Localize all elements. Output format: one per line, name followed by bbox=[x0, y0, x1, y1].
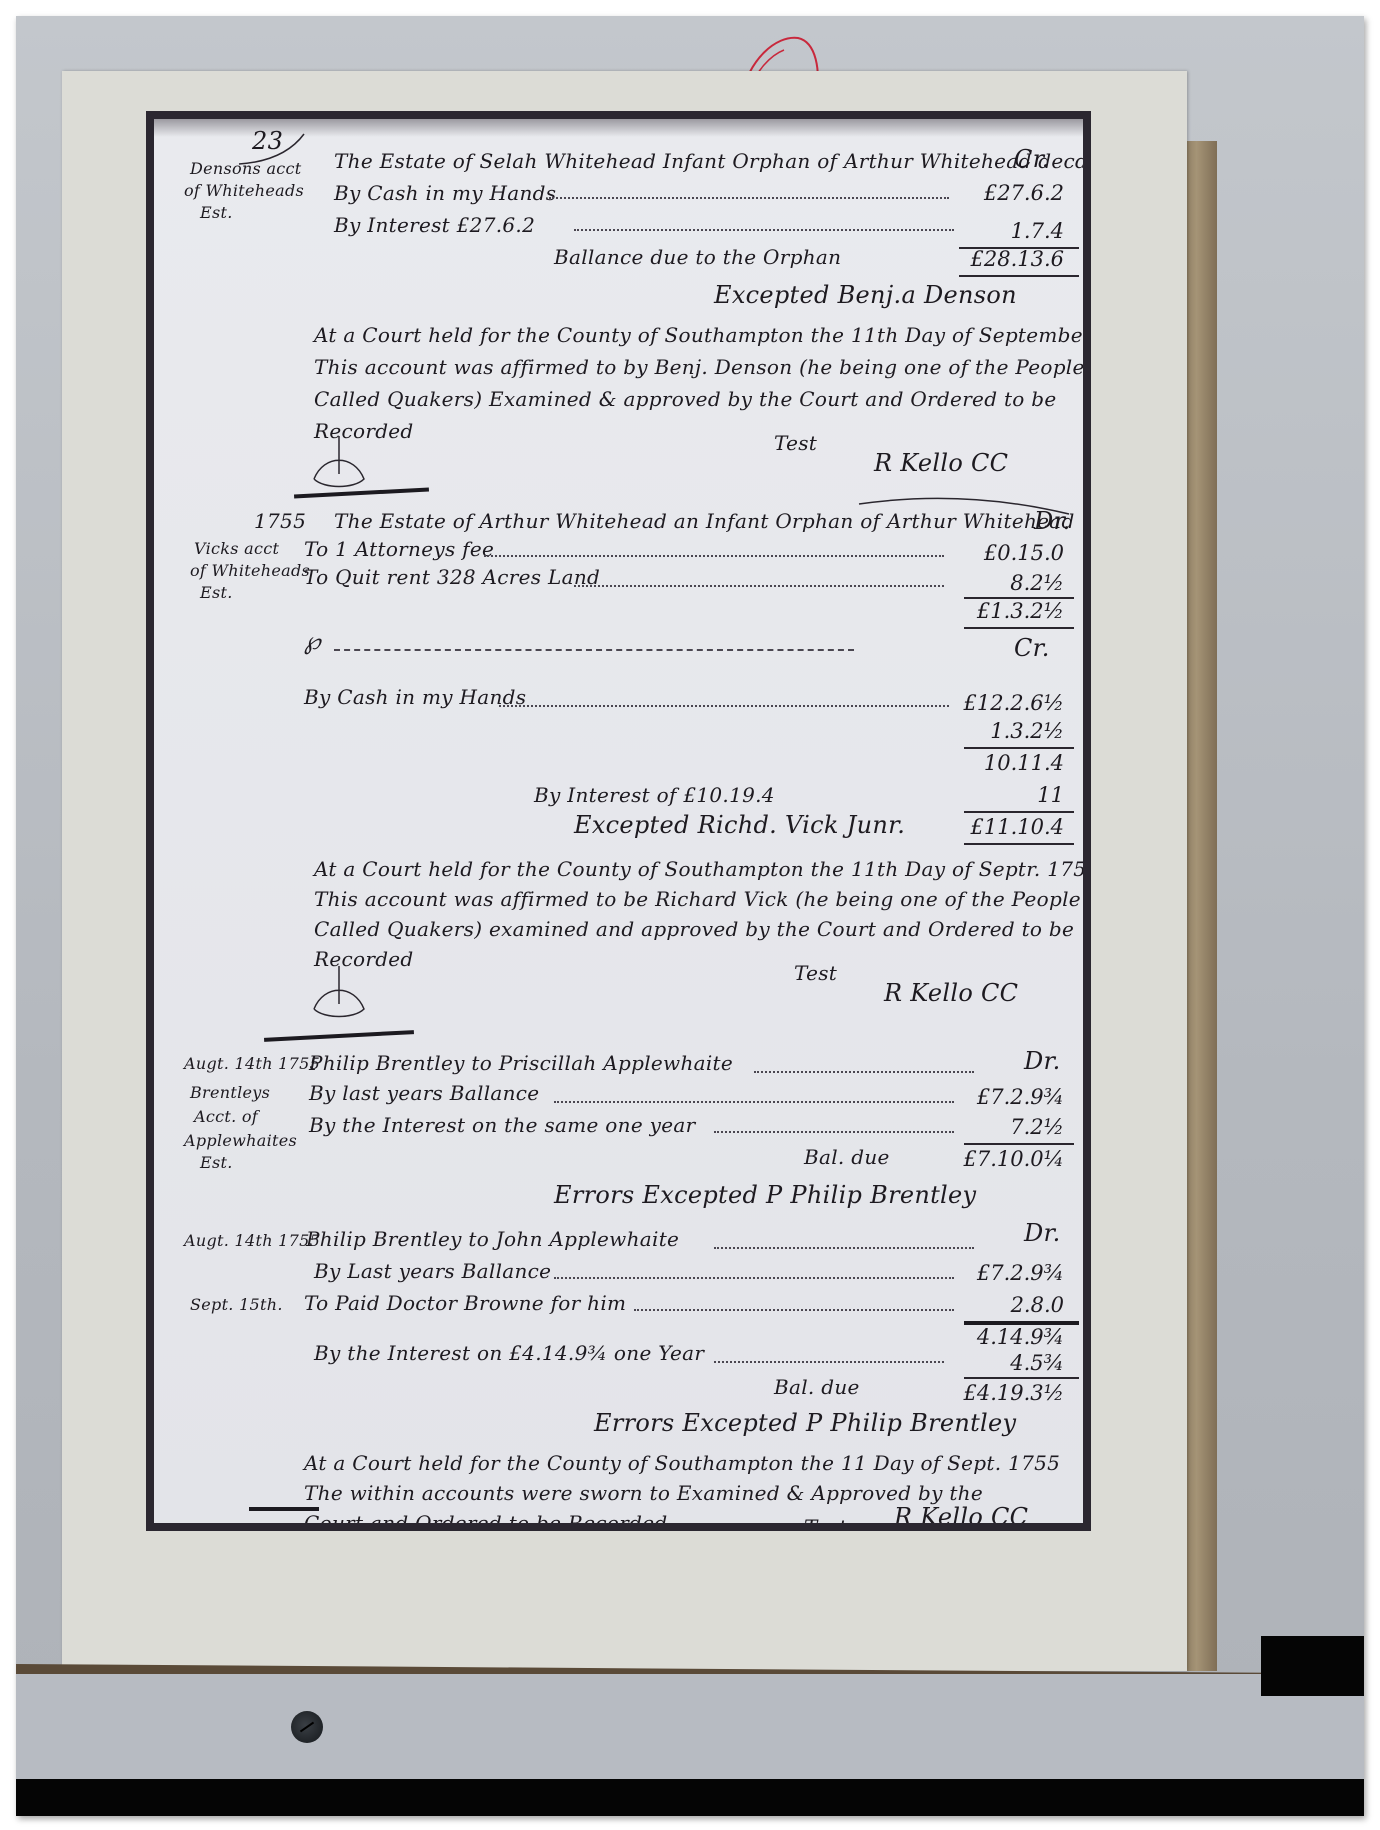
entry-heading: The Estate of Selah Whitehead Infant Orp… bbox=[334, 149, 1083, 173]
shelf bbox=[16, 1674, 1364, 1786]
court-text: This account was affirmed to be Richard … bbox=[314, 887, 1081, 911]
leader-dots bbox=[499, 705, 949, 707]
line-item-amount: £7.2.9¾ bbox=[944, 1261, 1064, 1285]
entry-date: Augt. 14th 1755 bbox=[184, 1231, 320, 1250]
entry-separator bbox=[249, 1507, 319, 1511]
screw-icon bbox=[291, 1711, 323, 1743]
line-item-amount: 8.2½ bbox=[944, 571, 1064, 595]
debit-side-label: Dr. bbox=[1024, 1047, 1061, 1075]
recorded-flourish bbox=[304, 964, 374, 1024]
margin-note: Est. bbox=[200, 203, 233, 222]
line-item-amount: £27.6.2 bbox=[944, 181, 1064, 205]
leader-dots bbox=[554, 1101, 954, 1103]
court-text: Called Quakers) Examined & approved by t… bbox=[314, 387, 1057, 411]
sum-rule bbox=[964, 747, 1074, 749]
leader-dots bbox=[714, 1247, 974, 1249]
leader-dots bbox=[754, 1071, 974, 1073]
test-label: Test bbox=[774, 431, 817, 455]
sum-rule bbox=[964, 1377, 1079, 1379]
line-item-amount: 2.8.0 bbox=[944, 1293, 1064, 1317]
recorded-flourish bbox=[304, 434, 374, 494]
line-item-amount: £7.2.9¾ bbox=[944, 1085, 1064, 1109]
book-spine-edge bbox=[1183, 141, 1217, 1671]
line-item-text: By Cash in my Hands bbox=[304, 685, 526, 709]
entry-heading: Philip Brentley to John Applewhaite bbox=[306, 1227, 679, 1251]
per-contra-mark: ℘ bbox=[304, 627, 321, 655]
leader-dots bbox=[714, 1361, 944, 1363]
balance-amount: £4.19.3½ bbox=[944, 1381, 1064, 1405]
line-item-text: By Interest £27.6.2 bbox=[334, 213, 535, 237]
entry-heading: The Estate of Arthur Whitehead an Infant… bbox=[334, 509, 1075, 533]
debit-side-label: Dr. bbox=[1024, 1219, 1061, 1247]
leader-dashes bbox=[334, 649, 854, 651]
margin-note: Densons acct bbox=[190, 159, 302, 178]
photograph: 23 Densons acct of Whiteheads Est. The E… bbox=[16, 16, 1364, 1816]
balance-amount: £28.13.6 bbox=[944, 247, 1064, 271]
leader-dots bbox=[714, 1131, 954, 1133]
court-text: The within accounts were sworn to Examin… bbox=[304, 1481, 983, 1505]
margin-note: Vicks acct bbox=[194, 539, 279, 558]
line-item-amount: £0.15.0 bbox=[944, 541, 1064, 565]
line-item-amount: 7.2½ bbox=[944, 1115, 1064, 1139]
leader-dots bbox=[484, 555, 944, 557]
ledger-photocopy: 23 Densons acct of Whiteheads Est. The E… bbox=[146, 111, 1091, 1531]
court-text: Called Quakers) examined and approved by… bbox=[314, 917, 1074, 941]
entry-separator bbox=[264, 1030, 414, 1042]
court-text: At a Court held for the County of Southa… bbox=[304, 1451, 1060, 1475]
sum-rule bbox=[964, 811, 1074, 813]
credit-side-label: Cr. bbox=[1014, 634, 1050, 662]
sum-rule bbox=[964, 1143, 1074, 1145]
entry-date: Augt. 14th 1755 bbox=[184, 1054, 320, 1073]
margin-note: Est. bbox=[200, 1153, 233, 1172]
clerk-signature: R Kello CC bbox=[894, 1503, 1028, 1523]
balance-label: Bal. due bbox=[804, 1145, 890, 1169]
court-text: At a Court held for the County of Southa… bbox=[314, 323, 1083, 347]
margin-note: of Whiteheads bbox=[190, 561, 310, 580]
ledger-page: 23 Densons acct of Whiteheads Est. The E… bbox=[154, 119, 1083, 1523]
shelf-shadow bbox=[16, 1779, 1364, 1816]
line-item-text: To 1 Attorneys fee bbox=[304, 537, 494, 561]
sum-rule bbox=[964, 627, 1074, 629]
clerk-signature: R Kello CC bbox=[884, 979, 1018, 1007]
balance-amount: £7.10.0¼ bbox=[944, 1147, 1064, 1171]
balance-label: Bal. due bbox=[774, 1375, 860, 1399]
line-item-amount: 11 bbox=[944, 783, 1064, 807]
line-item-text: To Quit rent 328 Acres Land bbox=[304, 565, 600, 589]
signature-line: Errors Excepted P Philip Brentley bbox=[594, 1409, 1016, 1437]
line-item-text: By the Interest on £4.14.9¾ one Year bbox=[314, 1341, 704, 1365]
signature-line: Excepted Benj.a Denson bbox=[714, 281, 1017, 309]
signature-line: Errors Excepted P Philip Brentley bbox=[554, 1181, 976, 1209]
line-item-text: By Interest of £10.19.4 bbox=[534, 783, 775, 807]
test-label: Test bbox=[794, 961, 837, 985]
leader-dots bbox=[554, 1277, 954, 1279]
test-label: Test bbox=[804, 1515, 847, 1523]
line-item-amount: 1.3.2½ bbox=[944, 719, 1064, 743]
line-item-text: To Paid Doctor Browne for him bbox=[304, 1291, 626, 1315]
signature-line: Excepted Richd. Vick Junr. bbox=[574, 811, 905, 839]
leader-dots bbox=[549, 197, 949, 199]
line-item-text: Ballance due to the Orphan bbox=[554, 245, 841, 269]
sum-rule bbox=[964, 843, 1074, 845]
line-item-amount: 10.11.4 bbox=[944, 751, 1064, 775]
court-text: Court and Ordered to be Recorded bbox=[304, 1511, 667, 1523]
debit-total: £1.3.2½ bbox=[944, 599, 1064, 623]
leader-dots bbox=[574, 229, 954, 231]
line-item-amount: 4.14.9¾ bbox=[944, 1325, 1064, 1349]
line-item-amount: 4.5¾ bbox=[944, 1351, 1064, 1375]
sum-rule bbox=[959, 275, 1079, 277]
line-item-amount: £12.2.6½ bbox=[944, 691, 1064, 715]
credit-side-label: Cr. bbox=[1014, 145, 1050, 173]
line-item-amount: 1.7.4 bbox=[944, 219, 1064, 243]
margin-note: of Whiteheads bbox=[184, 181, 304, 200]
court-text: At a Court held for the County of Southa… bbox=[314, 857, 1083, 881]
margin-note: Acct. of bbox=[194, 1107, 258, 1126]
leader-dots bbox=[634, 1309, 954, 1311]
leader-dots bbox=[574, 585, 944, 587]
shelf-corner bbox=[1261, 1636, 1364, 1696]
court-text: This account was affirmed to by Benj. De… bbox=[314, 355, 1083, 379]
line-item-text: By last years Ballance bbox=[309, 1081, 539, 1105]
line-date: Sept. 15th. bbox=[190, 1295, 283, 1314]
line-item-text: By Last years Ballance bbox=[314, 1259, 551, 1283]
line-item-text: By Cash in my Hands bbox=[334, 181, 556, 205]
line-item-text: By the Interest on the same one year bbox=[309, 1113, 695, 1137]
debit-side-label: Dr. bbox=[1034, 507, 1071, 535]
balance-amount: £11.10.4 bbox=[944, 815, 1064, 839]
margin-note: Applewhaites bbox=[184, 1131, 297, 1150]
entry-year: 1755 bbox=[254, 509, 306, 533]
entry-heading: Philip Brentley to Priscillah Applewhait… bbox=[309, 1051, 733, 1075]
margin-note: Est. bbox=[200, 583, 233, 602]
margin-note: Brentleys bbox=[190, 1083, 270, 1102]
